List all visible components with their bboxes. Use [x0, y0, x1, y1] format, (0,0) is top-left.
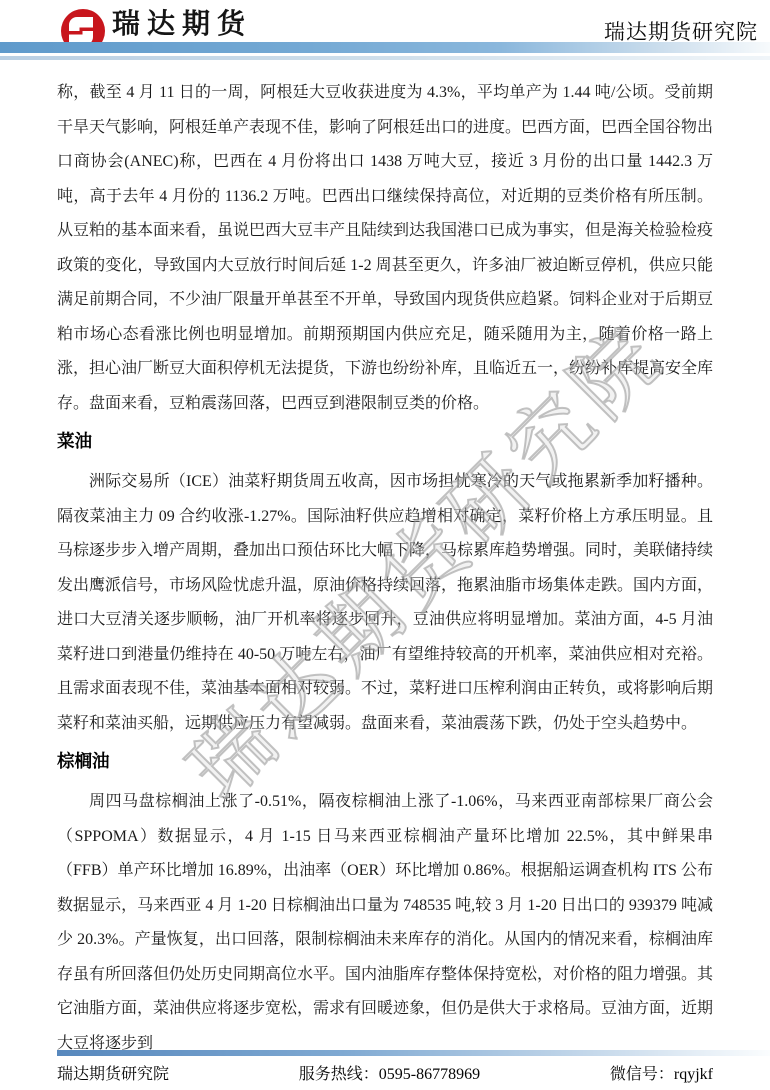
footer-hotline: 服务热线：0595-86778969 — [299, 1061, 480, 1084]
footer-rule — [57, 1050, 770, 1056]
brand-name-cn: 瑞达期货 — [112, 8, 269, 40]
paragraph-rapeseed-oil: 洲际交易所（ICE）油菜籽期货周五收高，因市场担忧寒冷的天气或拖累新季加籽播种。… — [57, 465, 713, 741]
section-heading-palm-oil: 棕榈油 — [57, 750, 713, 772]
report-page: 瑞达期货 RUIDA FUTURES CO.,LTD. 瑞达期货研究院 瑞达期货… — [0, 0, 770, 1090]
paragraph-soybean-meal: 称，截至 4 月 11 日的一周，阿根廷大豆收获进度为 4.3%，平均单产为 1… — [57, 76, 713, 421]
header-rule-sub — [0, 56, 770, 60]
report-body: 称，截至 4 月 11 日的一周，阿根廷大豆收获进度为 4.3%，平均单产为 1… — [57, 76, 713, 1061]
header-rule-main — [0, 42, 770, 53]
footer-institute: 瑞达期货研究院 — [57, 1061, 169, 1084]
section-heading-rapeseed-oil: 菜油 — [57, 430, 713, 452]
paragraph-palm-oil: 周四马盘棕榈油上涨了-0.51%，隔夜棕榈油上涨了-1.06%，马来西亚南部棕果… — [57, 785, 713, 1061]
footer: 瑞达期货研究院 服务热线：0595-86778969 微信号：rqyjkf — [57, 1061, 713, 1084]
footer-wechat: 微信号：rqyjkf — [610, 1061, 713, 1084]
